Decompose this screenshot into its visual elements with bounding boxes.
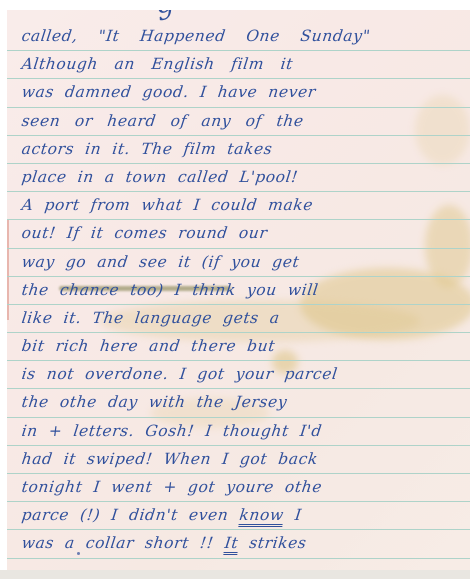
handwritten-text: way go and see it (if you get xyxy=(20,249,301,276)
letter-paper: 9 called, "It Happened One Sunday"Althou… xyxy=(7,10,470,570)
handwritten-line: parce (!) I didn't even know I xyxy=(7,502,470,530)
handwritten-line: called, "It Happened One Sunday" xyxy=(7,23,470,51)
handwritten-text: is not overdone. I got your parcel xyxy=(20,361,339,388)
handwritten-line: Although an English film it xyxy=(7,51,470,79)
handwritten-text: actors in it. The film takes xyxy=(20,136,274,163)
handwritten-line: was damned good. I have never xyxy=(7,79,470,107)
handwritten-line: A port from what I could make xyxy=(7,192,470,220)
handwritten-text: seen or heard of any of the xyxy=(20,108,305,135)
handwritten-line: is not overdone. I got your parcel xyxy=(7,361,470,389)
handwritten-text: place in a town called L'pool! xyxy=(20,164,300,191)
underlined-word: know xyxy=(238,506,285,527)
scan-bottom-edge xyxy=(0,570,470,579)
handwritten-text: Although an English film it xyxy=(20,51,295,78)
handwritten-text: called, "It Happened One Sunday" xyxy=(20,23,372,50)
handwritten-line: was a collar short !! It strikes xyxy=(7,530,470,558)
letter-body: called, "It Happened One Sunday"Although… xyxy=(7,23,470,559)
handwritten-text: like it. The language gets a xyxy=(20,305,281,332)
handwritten-line: bit rich here and there but xyxy=(7,333,470,361)
handwritten-line: like it. The language gets a xyxy=(7,305,470,333)
handwritten-line: the othe day with the Jersey xyxy=(7,389,470,417)
handwritten-line: actors in it. The film takes xyxy=(7,136,470,164)
handwritten-line: place in a town called L'pool! xyxy=(7,164,470,192)
handwritten-line: way go and see it (if you get xyxy=(7,249,470,277)
handwritten-text: the othe day with the Jersey xyxy=(20,389,289,416)
handwritten-line: out! If it comes round our xyxy=(7,220,470,248)
handwritten-text: was damned good. I have never xyxy=(20,79,317,106)
handwritten-text: parce (!) I didn't even know I xyxy=(20,502,303,529)
handwritten-text: the chance too) I think you will xyxy=(20,277,320,304)
handwritten-text: A port from what I could make xyxy=(20,192,315,219)
handwritten-text: out! If it comes round our xyxy=(20,220,269,247)
scanned-letter-page: 9 called, "It Happened One Sunday"Althou… xyxy=(0,0,470,579)
handwritten-text: tonight I went + got youre othe xyxy=(20,474,324,501)
handwritten-line: in + letters. Gosh! I thought I'd xyxy=(7,418,470,446)
handwritten-text: was a collar short !! It strikes xyxy=(20,530,308,557)
underlined-word: It xyxy=(223,534,239,555)
handwritten-line: the chance too) I think you will xyxy=(7,277,470,305)
handwritten-text: in + letters. Gosh! I thought I'd xyxy=(20,418,324,445)
handwritten-line: had it swiped! When I got back xyxy=(7,446,470,474)
handwritten-text: bit rich here and there but xyxy=(20,333,277,360)
handwritten-line: tonight I went + got youre othe xyxy=(7,474,470,502)
handwritten-line: seen or heard of any of the xyxy=(7,108,470,136)
handwritten-text: had it swiped! When I got back xyxy=(20,446,320,473)
